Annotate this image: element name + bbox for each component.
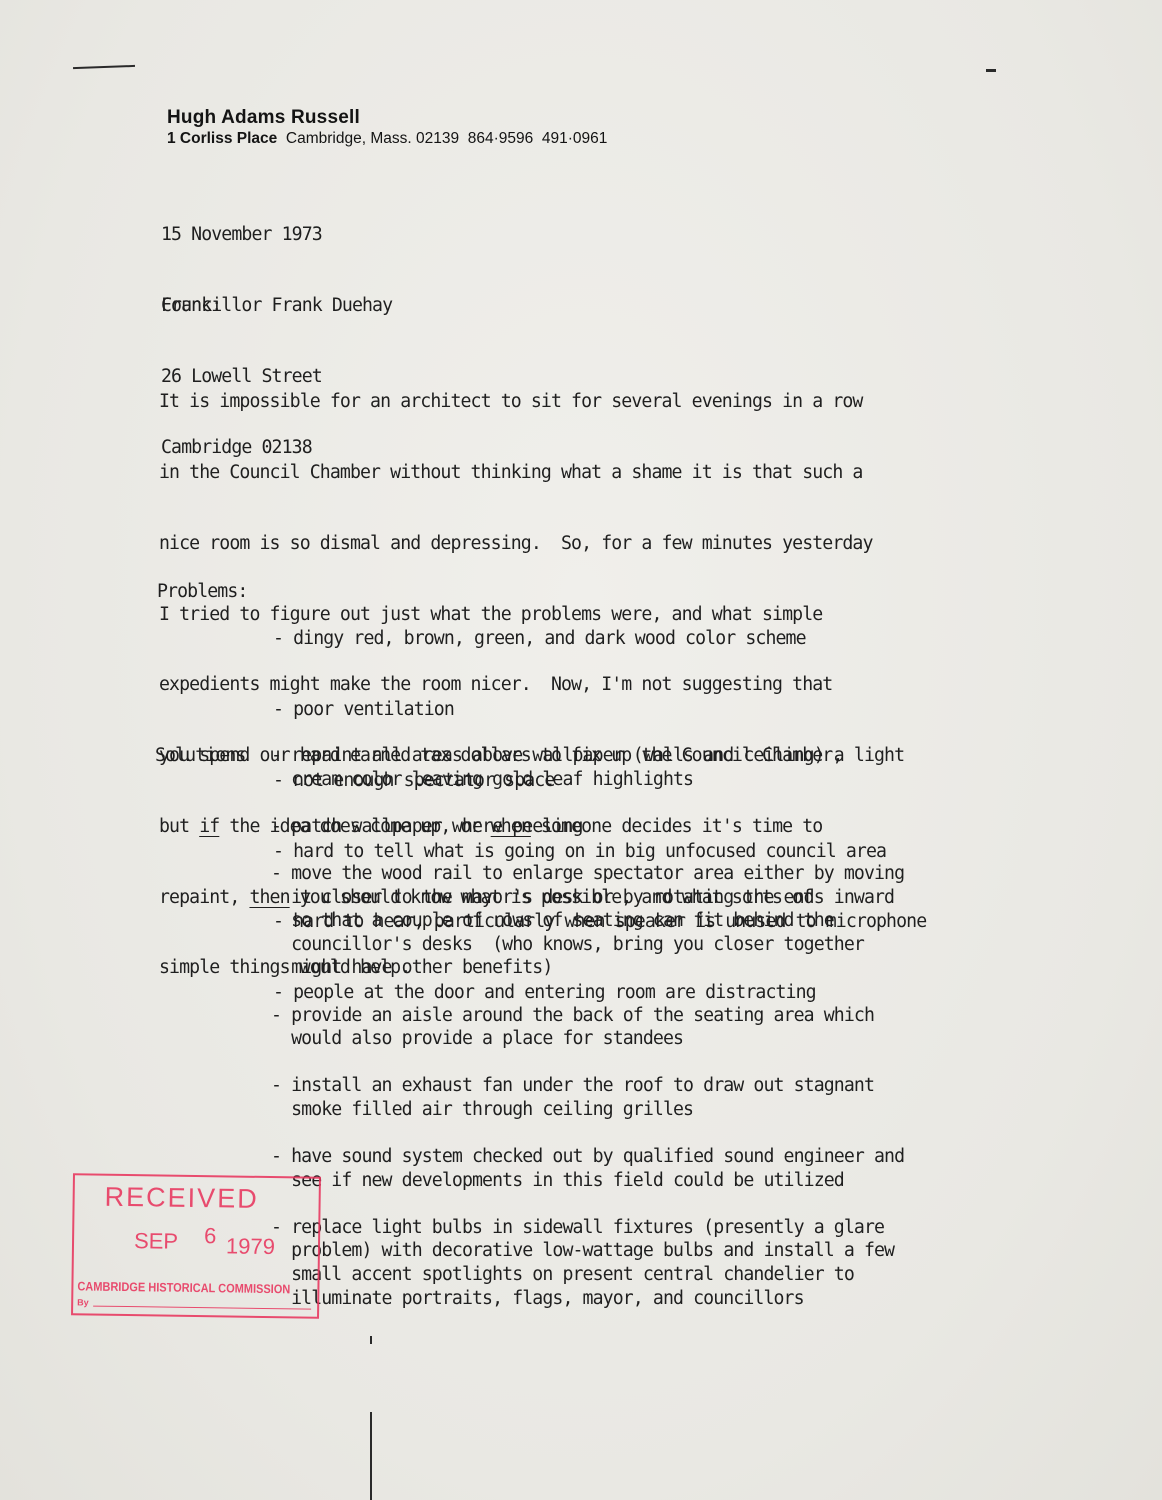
stamp-title: RECEIVED — [104, 1182, 258, 1215]
body-line: It is impossible for an architect to sit… — [159, 390, 873, 414]
solution-line: - patch wallpaper where peeling — [271, 815, 904, 839]
solution-line: - install an exhaust fan under the roof … — [271, 1074, 904, 1098]
pen-mark — [986, 69, 996, 72]
stamp-signature-line — [93, 1306, 311, 1310]
stamp-month: SEP — [134, 1228, 178, 1255]
body-line: in the Council Chamber without thinking … — [159, 461, 873, 485]
problem-item: - poor ventilation — [273, 698, 926, 722]
sender-phone-2: 491·0961 — [542, 130, 608, 147]
solution-line: would also provide a place for standees — [271, 1027, 904, 1051]
salutation: Frank: — [161, 294, 221, 318]
sender-phone-1: 864·9596 — [468, 130, 534, 147]
body-line: nice room is so dismal and depressing. S… — [159, 532, 873, 556]
solution-item: - install an exhaust fan under the roof … — [271, 1074, 904, 1121]
letter-page: Hugh Adams Russell 1 Corliss Place Cambr… — [0, 0, 1162, 1500]
solution-item: - provide an aisle around the back of th… — [271, 1004, 904, 1051]
solution-line: - move the wood rail to enlarge spectato… — [271, 862, 904, 886]
pen-mark — [370, 1412, 372, 1500]
solution-item: - patch wallpaper where peeling — [271, 815, 904, 839]
pen-mark — [370, 1336, 372, 1344]
solution-line: so that a couple of rows of seating can … — [271, 909, 904, 933]
received-stamp: RECEIVED SEP 6 1979 CAMBRIDGE HISTORICAL… — [71, 1173, 321, 1318]
stamp-by-label: By — [77, 1297, 89, 1307]
pen-mark — [73, 65, 135, 69]
solution-item: - move the wood rail to enlarge spectato… — [271, 862, 904, 980]
solutions-label: Solutions — [155, 744, 245, 768]
solution-line: might have other benefits) — [271, 956, 904, 980]
solution-item: - have sound system checked out by quali… — [271, 1145, 904, 1192]
solution-line: - have sound system checked out by quali… — [271, 1145, 904, 1169]
solution-line: - provide an aisle around the back of th… — [271, 1004, 904, 1028]
problem-item: - dingy red, brown, green, and dark wood… — [273, 627, 926, 651]
solution-line: small accent spotlights on present centr… — [271, 1263, 904, 1287]
solutions-section: Solutions - repaint all areas above wall… — [155, 744, 195, 838]
sender-street: 1 Corliss Place — [167, 130, 277, 147]
sender-address: 1 Corliss Place Cambridge, Mass. 02139 8… — [167, 129, 607, 149]
stamp-year: 1979 — [226, 1233, 275, 1260]
solution-line: smoke filled air through ceiling grilles — [271, 1098, 904, 1122]
solutions-list: - repaint all areas above wallpaper (wal… — [271, 744, 904, 1334]
solution-item: - replace light bulbs in sidewall fixtur… — [271, 1216, 904, 1310]
solution-line: problem) with decorative low-wattage bul… — [271, 1239, 904, 1263]
solution-line: - repaint all areas above wallpaper (wal… — [271, 744, 904, 768]
solution-item: - repaint all areas above wallpaper (wal… — [271, 744, 904, 791]
solution-line: illuminate portraits, flags, mayor, and … — [271, 1287, 904, 1311]
solution-line: - replace light bulbs in sidewall fixtur… — [271, 1216, 904, 1240]
letterhead: Hugh Adams Russell 1 Corliss Place Cambr… — [167, 107, 607, 149]
solution-line: councillor's desks (who knows, bring you… — [271, 933, 904, 957]
solution-line: see if new developments in this field co… — [271, 1169, 904, 1193]
sender-city: Cambridge, Mass. 02139 — [286, 130, 459, 147]
problems-section: Problems: - dingy red, brown, green, and… — [157, 580, 197, 674]
sender-name: Hugh Adams Russell — [167, 107, 607, 129]
stamp-day: 6 — [204, 1223, 217, 1249]
problems-label: Problems: — [157, 580, 247, 604]
solution-line: cream color leaving gold leaf highlights — [271, 768, 904, 792]
underlined-word: if — [199, 816, 219, 837]
letter-date: 15 November 1973 — [161, 223, 392, 247]
stamp-organization: CAMBRIDGE HISTORICAL COMMISSION — [77, 1279, 290, 1296]
solution-line: it closer to the mayor's desk or by rota… — [271, 886, 904, 910]
